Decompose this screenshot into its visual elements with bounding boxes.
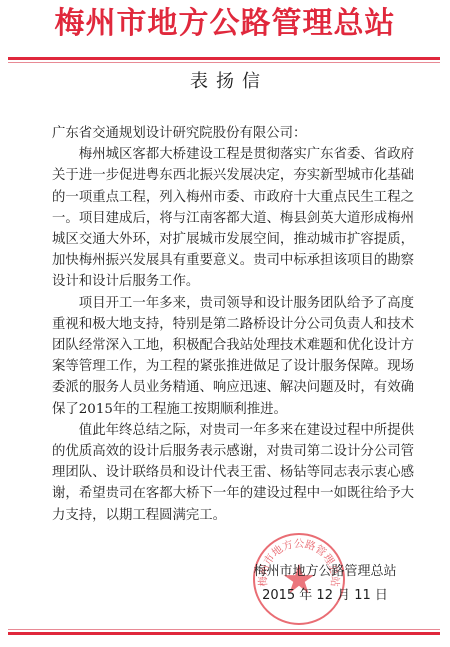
header-rule-thin	[8, 62, 440, 63]
signature: 梅州市地方公路管理总站	[230, 560, 420, 579]
salutation: 广东省交通规划设计研究院股份有限公司：	[52, 123, 414, 144]
seal-star-icon: 梅州市地方公路管理总站	[255, 535, 343, 623]
letter-title: 表扬信	[0, 70, 450, 94]
paragraph-2: 项目开工一年多来，贵司领导和设计服务团队给予了高度重视和极大地支持，特别是第二路…	[52, 293, 414, 420]
official-seal: 梅州市地方公路管理总站	[253, 533, 345, 625]
organization-letterhead: 梅州市地方公路管理总站	[0, 6, 450, 42]
header-rule-thick	[8, 57, 440, 60]
paragraph-3: 值此年终总结之际，对贵司一年多来在建设过程中所提供的优质高效的设计后服务表示感谢…	[52, 420, 414, 526]
footer-rule-thin	[8, 629, 440, 630]
letter-body: 广东省交通规划设计研究院股份有限公司： 梅州城区客都大桥建设工程是贯彻落实广东省…	[52, 123, 414, 526]
letter-page: 梅州市地方公路管理总站 表扬信 广东省交通规划设计研究院股份有限公司： 梅州城区…	[0, 0, 450, 647]
letter-date: 2015 年 12 月 11 日	[230, 584, 420, 603]
footer-rule-thick	[8, 632, 440, 635]
paragraph-1: 梅州城区客都大桥建设工程是贯彻落实广东省委、省政府关于进一步促进粤东西北振兴发展…	[52, 144, 414, 292]
